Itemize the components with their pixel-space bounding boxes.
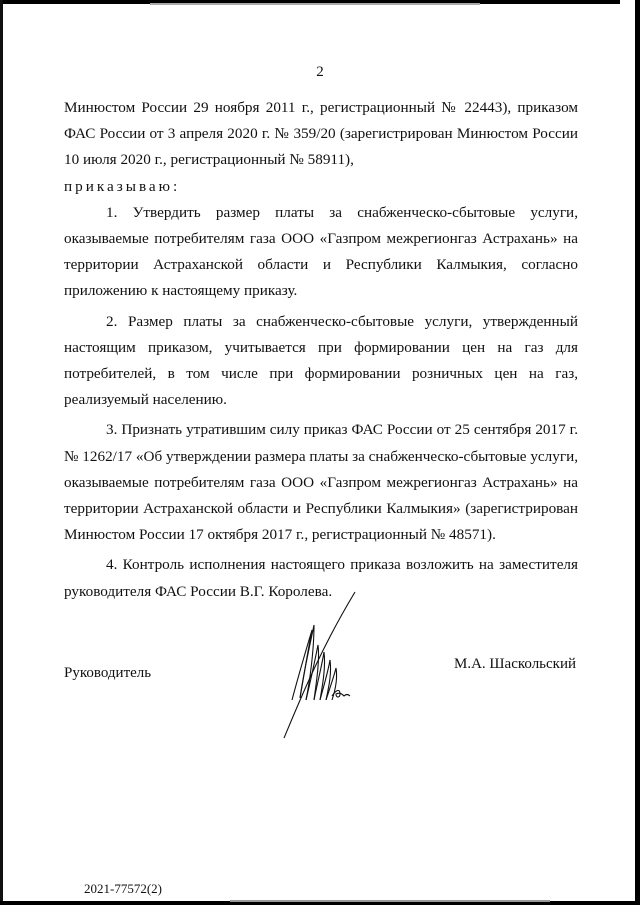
document-code: 2021-77572(2) bbox=[84, 881, 162, 897]
decree-word: приказываю: bbox=[64, 174, 578, 200]
scan-border-right bbox=[635, 0, 640, 905]
order-item-2: 2. Размер платы за снабженческо-сбытовые… bbox=[64, 309, 578, 414]
order-item-1: 1. Утвердить размер платы за снабженческ… bbox=[64, 200, 578, 305]
signer-name: М.А. Шаскольский bbox=[454, 656, 576, 673]
scan-border-top-shade bbox=[150, 3, 480, 5]
order-item-3: 3. Признать утратившим силу приказ ФАС Р… bbox=[64, 417, 578, 548]
document-page: 2 Минюстом России 29 ноября 2011 г., рег… bbox=[0, 0, 640, 905]
scan-border-left bbox=[0, 0, 3, 905]
continuation-paragraph: Минюстом России 29 ноября 2011 г., регис… bbox=[64, 95, 578, 174]
scan-border-bottom-shade bbox=[230, 900, 550, 902]
signer-title: Руководитель bbox=[64, 665, 151, 682]
signature-block: Руководитель М.А. Шаскольский bbox=[0, 580, 640, 740]
handwritten-signature-icon bbox=[270, 590, 390, 740]
document-body: Минюстом России 29 ноября 2011 г., регис… bbox=[64, 95, 578, 605]
page-number: 2 bbox=[0, 64, 640, 81]
